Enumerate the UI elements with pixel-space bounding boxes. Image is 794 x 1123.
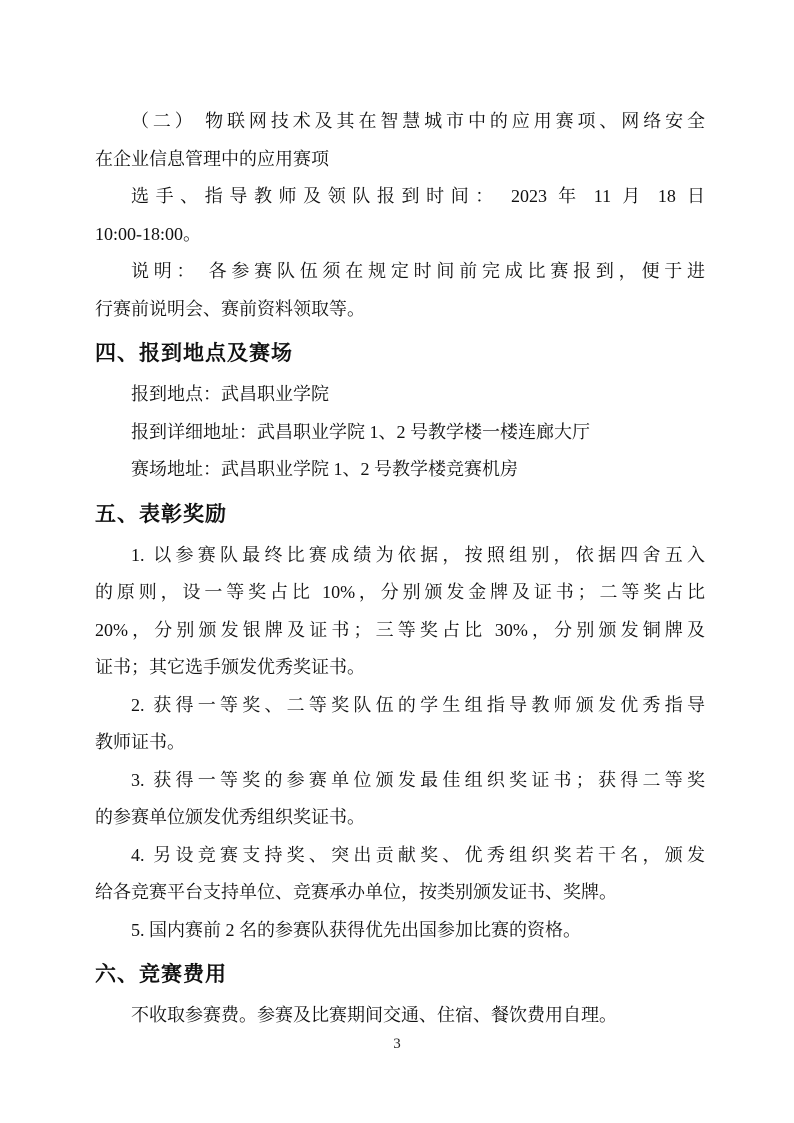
text-line: 报到地点：武昌职业学院 xyxy=(95,376,705,414)
page-number: 3 xyxy=(0,1036,794,1053)
text-line: 的原则，设一等奖占比 10%，分别颁发金牌及证书；二等奖占比 xyxy=(95,574,705,612)
text-line: 教师证书。 xyxy=(95,724,705,762)
document-page: （二） 物联网技术及其在智慧城市中的应用赛项、网络安全在企业信息管理中的应用赛项… xyxy=(0,0,794,1123)
text-line: 2. 获得一等奖、二等奖队伍的学生组指导教师颁发优秀指导 xyxy=(95,687,705,725)
text-line: 1. 以参赛队最终比赛成绩为依据，按照组别，依据四舍五入 xyxy=(95,537,705,575)
text-line: 20%，分别颁发银牌及证书；三等奖占比 30%，分别颁发铜牌及 xyxy=(95,612,705,650)
text-line: （二） 物联网技术及其在智慧城市中的应用赛项、网络安全 xyxy=(95,103,705,141)
section-heading: 六、竞赛费用 xyxy=(95,956,705,994)
text-line: 证书；其它选手颁发优秀奖证书。 xyxy=(95,649,705,687)
text-line: 给各竞赛平台支持单位、竞赛承办单位，按类别颁发证书、奖牌。 xyxy=(95,874,705,912)
document-body: （二） 物联网技术及其在智慧城市中的应用赛项、网络安全在企业信息管理中的应用赛项… xyxy=(95,103,705,1035)
text-line: 10:00-18:00。 xyxy=(95,216,705,254)
section-heading: 五、表彰奖励 xyxy=(95,496,705,534)
text-line: 不收取参赛费。参赛及比赛期间交通、住宿、餐饮费用自理。 xyxy=(95,997,705,1035)
text-line: 选手、指导教师及领队报到时间： 2023 年 11 月 18 日 xyxy=(95,178,705,216)
text-line: 在企业信息管理中的应用赛项 xyxy=(95,141,705,179)
text-line: 赛场地址：武昌职业学院 1、2 号教学楼竞赛机房 xyxy=(95,451,705,489)
text-line: 4. 另设竞赛支持奖、突出贡献奖、优秀组织奖若干名，颁发 xyxy=(95,837,705,875)
text-line: 5. 国内赛前 2 名的参赛队获得优先出国参加比赛的资格。 xyxy=(95,912,705,950)
text-line: 行赛前说明会、赛前资料领取等。 xyxy=(95,291,705,329)
text-line: 报到详细地址：武昌职业学院 1、2 号教学楼一楼连廊大厅 xyxy=(95,414,705,452)
text-line: 的参赛单位颁发优秀组织奖证书。 xyxy=(95,799,705,837)
section-heading: 四、报到地点及赛场 xyxy=(95,335,705,373)
text-line: 说明： 各参赛队伍须在规定时间前完成比赛报到，便于进 xyxy=(95,253,705,291)
text-line: 3. 获得一等奖的参赛单位颁发最佳组织奖证书；获得二等奖 xyxy=(95,762,705,800)
